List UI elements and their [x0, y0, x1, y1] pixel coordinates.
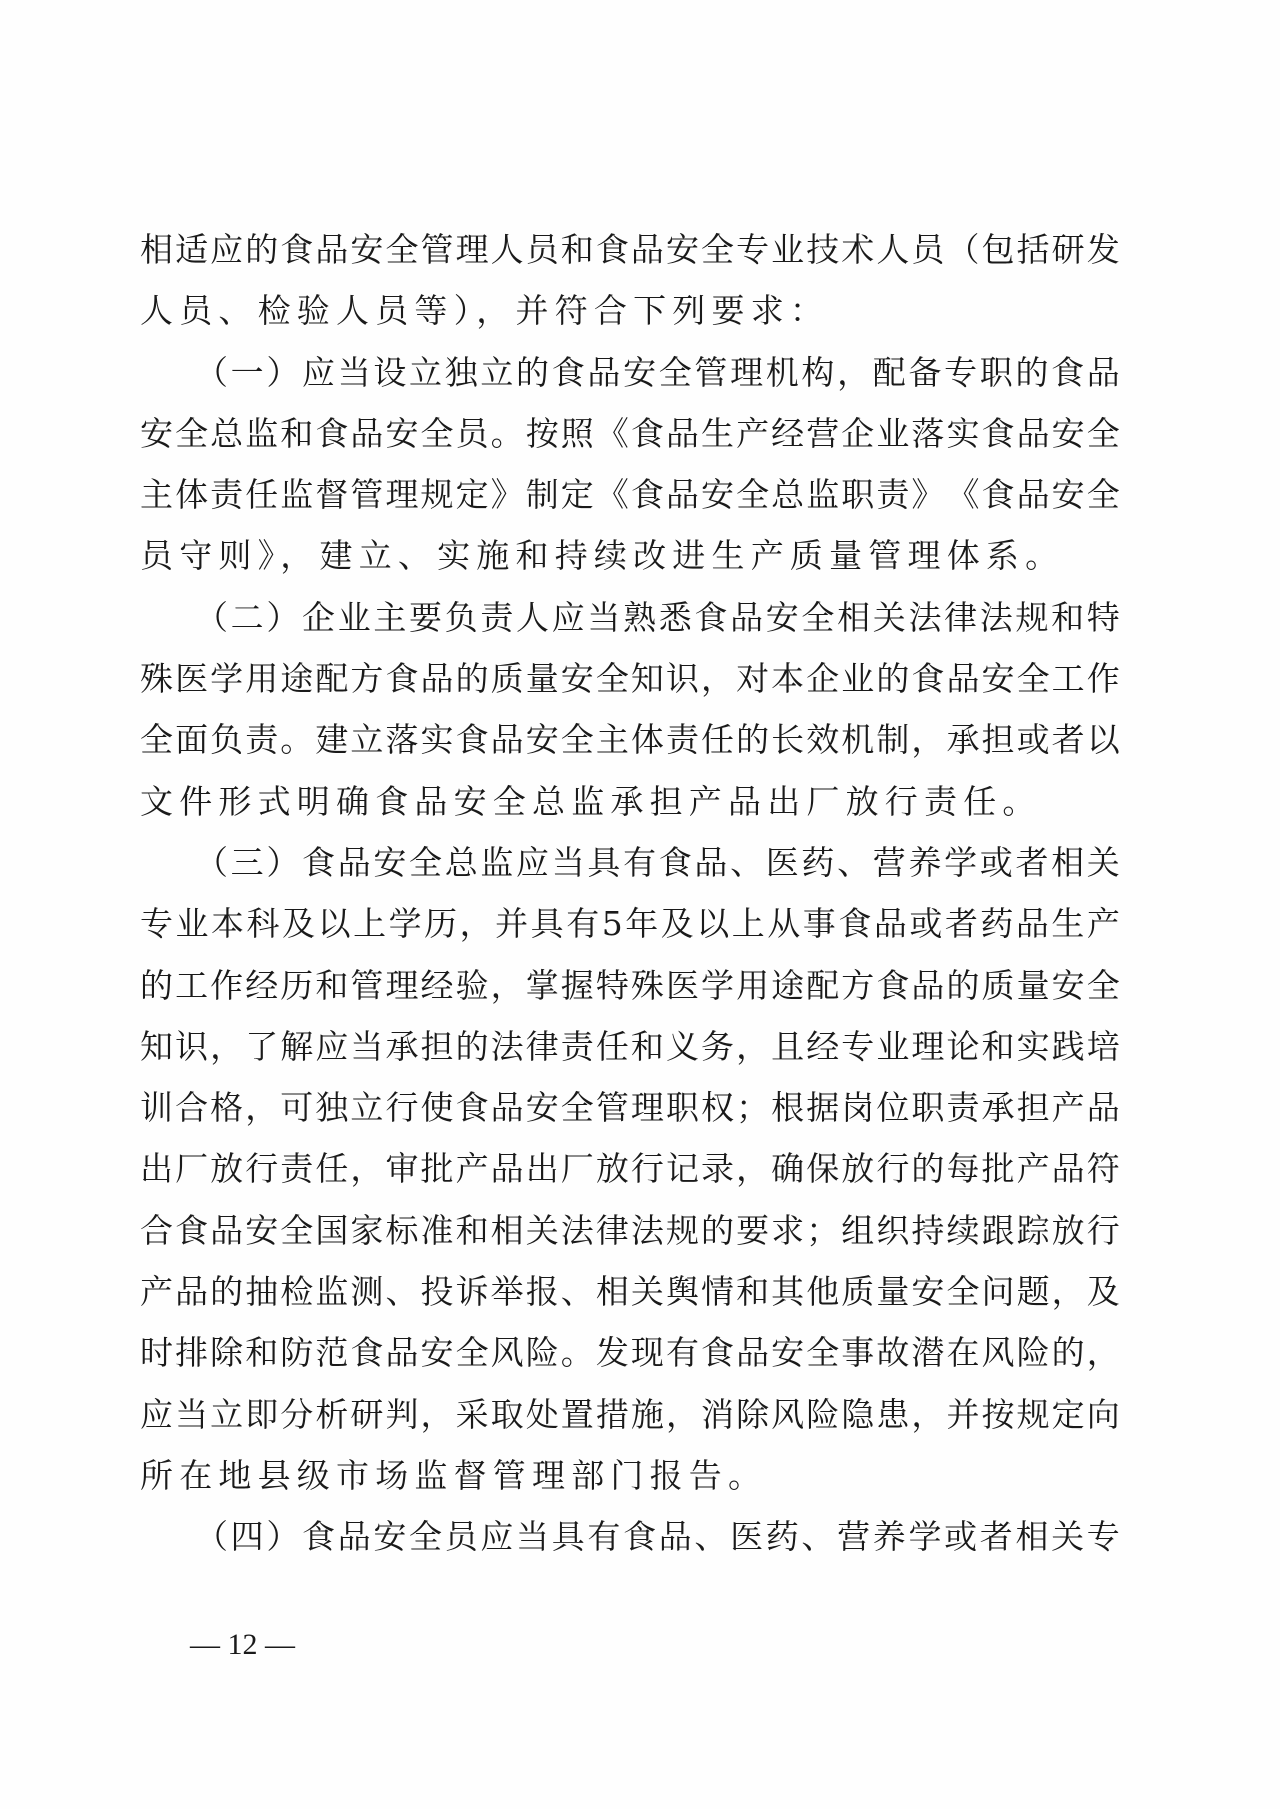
document-page: 相适应的食品安全管理人员和食品安全专业技术人员（包括研发 人员、检验人员等），并… — [0, 0, 1280, 1809]
paragraph-item-1: （一）应当设立独立的食品安全管理机构，配备专职的食品 安全总监和食品安全员。按照… — [140, 342, 1120, 587]
text-line: 合食品安全国家标准和相关法律法规的要求；组织持续跟踪放行 — [140, 1200, 1120, 1261]
paragraph-item-3: （三）食品安全总监应当具有食品、医药、营养学或者相关 专业本科及以上学历，并具有… — [140, 832, 1120, 1506]
text-line: （二）企业主要负责人应当熟悉食品安全相关法律法规和特 — [140, 587, 1120, 648]
text-line: 全面负责。建立落实食品安全主体责任的长效机制，承担或者以 — [140, 709, 1120, 770]
page-number: — 12 — — [190, 1628, 295, 1662]
paragraph-item-2: （二）企业主要负责人应当熟悉食品安全相关法律法规和特 殊医学用途配方食品的质量安… — [140, 587, 1120, 832]
text-line: （三）食品安全总监应当具有食品、医药、营养学或者相关 — [140, 832, 1120, 893]
text-line: 安全总监和食品安全员。按照《食品生产经营企业落实食品安全 — [140, 403, 1120, 464]
text-line: 的工作经历和管理经验，掌握特殊医学用途配方食品的质量安全 — [140, 955, 1120, 1016]
text-line: 主体责任监督管理规定》制定《食品安全总监职责》《食品安全 — [140, 464, 1120, 525]
text-line: 时排除和防范食品安全风险。发现有食品安全事故潜在风险的， — [140, 1322, 1120, 1383]
paragraph-intro: 相适应的食品安全管理人员和食品安全专业技术人员（包括研发 人员、检验人员等），并… — [140, 219, 1120, 342]
text-line: 员守则》，建立、实施和持续改进生产质量管理体系。 — [140, 525, 1120, 586]
text-line: 文件形式明确食品安全总监承担产品出厂放行责任。 — [140, 771, 1120, 832]
text-line: （四）食品安全员应当具有食品、医药、营养学或者相关专 — [140, 1506, 1120, 1567]
text-line: 所在地县级市场监督管理部门报告。 — [140, 1445, 1120, 1506]
text-line: 人员、检验人员等），并符合下列要求： — [140, 280, 1120, 341]
text-line: 出厂放行责任，审批产品出厂放行记录，确保放行的每批产品符 — [140, 1138, 1120, 1199]
text-line: （一）应当设立独立的食品安全管理机构，配备专职的食品 — [140, 342, 1120, 403]
document-body: 相适应的食品安全管理人员和食品安全专业技术人员（包括研发 人员、检验人员等），并… — [140, 219, 1120, 1568]
text-line: 专业本科及以上学历，并具有5年及以上从事食品或者药品生产 — [140, 893, 1120, 954]
text-line: 相适应的食品安全管理人员和食品安全专业技术人员（包括研发 — [140, 219, 1120, 280]
text-line: 训合格，可独立行使食品安全管理职权；根据岗位职责承担产品 — [140, 1077, 1120, 1138]
text-line: 殊医学用途配方食品的质量安全知识，对本企业的食品安全工作 — [140, 648, 1120, 709]
text-line: 产品的抽检监测、投诉举报、相关舆情和其他质量安全问题，及 — [140, 1261, 1120, 1322]
text-line: 应当立即分析研判，采取处置措施，消除风险隐患，并按规定向 — [140, 1384, 1120, 1445]
paragraph-item-4: （四）食品安全员应当具有食品、医药、营养学或者相关专 — [140, 1506, 1120, 1567]
text-line: 知识，了解应当承担的法律责任和义务，且经专业理论和实践培 — [140, 1016, 1120, 1077]
